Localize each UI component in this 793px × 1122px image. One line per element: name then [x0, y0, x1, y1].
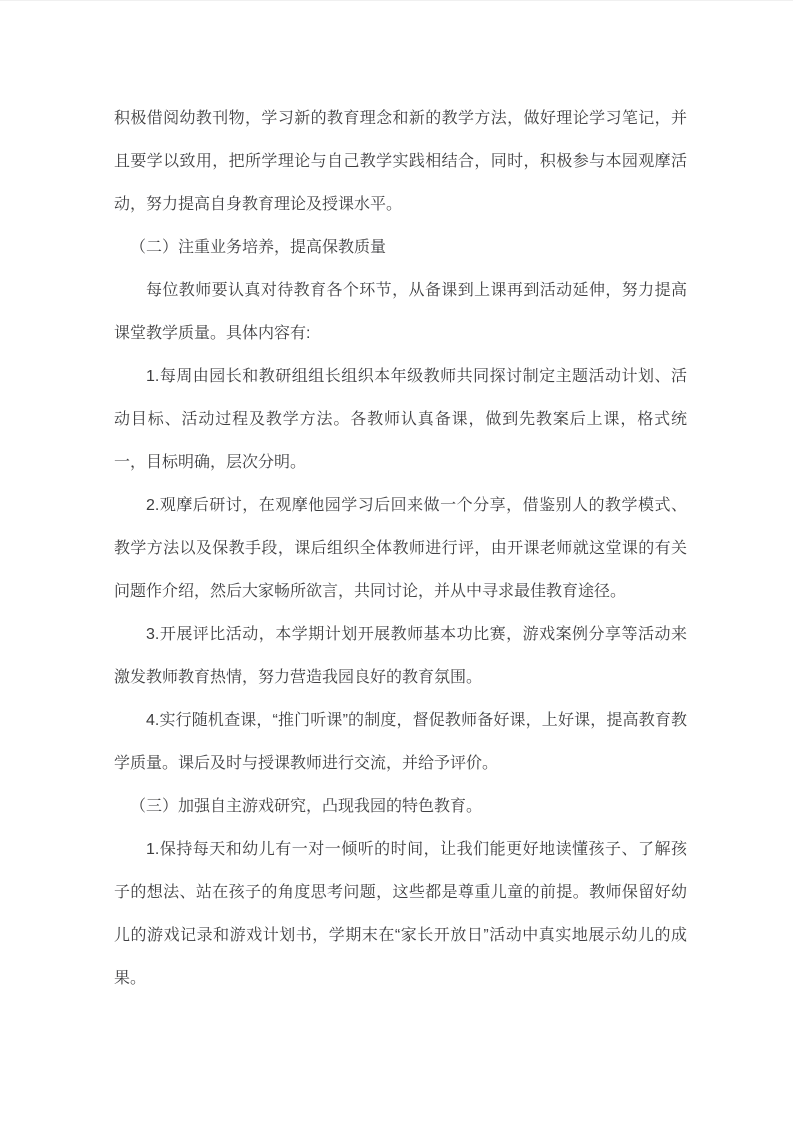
body-paragraph: 1.每周由园长和教研组组长组织本年级教师共同探讨制定主题活动计划、活动目标、活动… — [114, 355, 687, 484]
body-paragraph: 4.实行随机查课，“推门听课”的制度，督促教师备好课，上好课，提高教育教学质量。… — [114, 699, 687, 785]
body-paragraph: 每位教师要认真对待教育各个环节，从备课到上课再到活动延伸，努力提高课堂教学质量。… — [114, 269, 687, 355]
body-paragraph: 积极借阅幼教刊物，学习新的教育理念和新的教学方法，做好理论学习笔记，并且要学以致… — [114, 97, 687, 226]
section-heading: （二）注重业务培养，提高保教质量 — [114, 226, 687, 269]
section-heading: （三）加强自主游戏研究，凸现我园的特色教育。 — [114, 785, 687, 828]
document-page: 积极借阅幼教刊物，学习新的教育理念和新的教学方法，做好理论学习笔记，并且要学以致… — [0, 0, 793, 1122]
body-paragraph: 2.观摩后研讨，在观摩他园学习后回来做一个分享，借鉴别人的教学模式、教学方法以及… — [114, 484, 687, 613]
document-body: 积极借阅幼教刊物，学习新的教育理念和新的教学方法，做好理论学习笔记，并且要学以致… — [114, 97, 687, 1000]
body-paragraph: 3.开展评比活动，本学期计划开展教师基本功比赛，游戏案例分享等活动来激发教师教育… — [114, 613, 687, 699]
body-paragraph: 1.保持每天和幼儿有一对一倾听的时间，让我们能更好地读懂孩子、了解孩子的想法、站… — [114, 828, 687, 1000]
